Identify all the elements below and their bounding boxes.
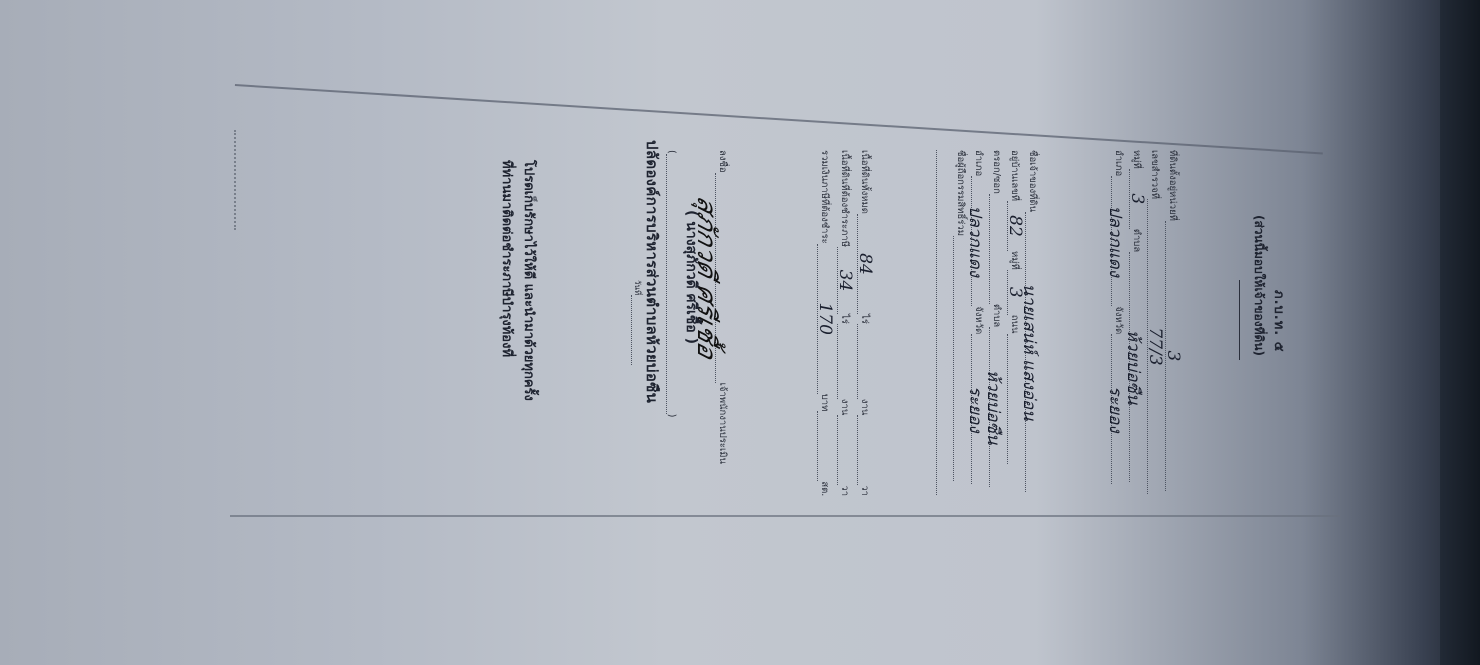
tax-receipt-form: ภ.บ.ท. ๕ (ส่วนนี้มอบให้เจ้าของที่ดิน) ที…: [250, 140, 1290, 510]
owner-tambon-value: ห้วยบ่อซืน: [983, 370, 1003, 445]
land-moo-tambon-row: หมู่ที่3ตำบลห้วยบ่อซืน: [1129, 150, 1144, 510]
date-row: วันที่: [631, 280, 644, 510]
form-subtitle: (ส่วนนี้มอบให้เจ้าของที่ดิน): [1249, 215, 1268, 510]
survey-no-row: เลขสำรวจที่77/3: [1147, 150, 1162, 510]
owner-soi-label: ตรอก/ซอก: [991, 150, 1002, 194]
owner-house-no-value: 82: [1005, 215, 1025, 237]
tax-amount-row: รวมเงินภาษีที่ต้องชำระ170บาทสต.: [817, 150, 832, 510]
land-unit-row: ที่ดินตั้งอยู่หน่วยที่3: [1165, 150, 1180, 510]
owner-soi-tambon-row: ตรอก/ซอกตำบลห้วยบ่อซืน: [989, 150, 1004, 510]
owner-moo-label: หมู่ที่: [1009, 251, 1020, 270]
signature-row: ลงชื่อสุภักวดี ศรีเชื้อเจ้าพนักงานประเมิ…: [715, 150, 730, 510]
owner-road-label: ถนน: [1009, 315, 1020, 334]
owner-amphoe-value: ปลวกแดง: [965, 206, 985, 277]
background-dark-edge: [1440, 0, 1480, 665]
owner-address-row: อยู่บ้านเลขที่82หมู่ที่3ถนน: [1007, 150, 1022, 510]
total-area-rai-value: 84: [855, 253, 875, 275]
rai-unit: ไร่: [839, 314, 850, 324]
taxable-area-rai-value: 34: [835, 270, 855, 292]
owner-name-row: ชื่อเจ้าของที่ดินนายเสน่ห์ แสงอ่อน: [1025, 150, 1040, 510]
rai-unit: ไร่: [859, 314, 870, 324]
form-code-text: ภ.บ.ท. ๕: [1271, 290, 1286, 353]
notice-line-1: โปรดเก็บรักษาไว้ให้ดี และนำมาด้วยทุกครั้…: [519, 160, 540, 510]
title-underline: [1239, 280, 1240, 360]
land-moo-label: หมู่ที่: [1131, 150, 1142, 169]
land-amphoe-label: อำเภอ: [1113, 150, 1124, 176]
taxable-area-row: เนื้อที่ดินที่ต้องชำระภาษี34ไร่งานวา: [837, 150, 852, 510]
form-subtitle-text: (ส่วนนี้มอบให้เจ้าของที่ดิน): [1252, 215, 1266, 356]
land-province-label: จังหวัด: [1113, 306, 1124, 334]
owner-province-label: จังหวัด: [973, 306, 984, 334]
paper-fold-line-bottom: [230, 515, 1340, 517]
co-owner-label: ชื่อผู้ถือกรรมสิทธิ์ร่วม: [955, 150, 966, 236]
wa-unit: วา: [839, 485, 850, 496]
owner-name-value: นายเสน่ห์ แสงอ่อน: [1019, 283, 1039, 420]
assessor-position: ปลัดองค์การบริหารส่วนตำบลห้วยบ่อซืน: [643, 140, 661, 403]
satang-unit: สต.: [819, 481, 830, 496]
land-tambon-value: ห้วยบ่อซืน: [1123, 330, 1143, 405]
sign-label: ลงชื่อ: [717, 150, 728, 173]
land-unit-label: ที่ดินตั้งอยู่หน่วยที่: [1167, 150, 1178, 221]
land-tambon-label: ตำบล: [1131, 229, 1142, 252]
co-owner-row-2: [936, 150, 948, 510]
form-code: ภ.บ.ท. ๕: [1269, 290, 1290, 510]
total-area-row: เนื้อที่ดินทั้งหมด84ไร่งานวา: [857, 150, 872, 510]
owner-province-value: ระยอง: [965, 386, 985, 433]
land-moo-value: 3: [1127, 193, 1147, 204]
tax-amount-value: 170: [815, 302, 835, 334]
tax-amount-label: รวมเงินภาษีที่ต้องชำระ: [819, 150, 830, 244]
ngan-unit: งาน: [859, 399, 870, 415]
owner-amphoe-province-row: อำเภอปลวกแดงจังหวัดระยอง: [971, 150, 986, 510]
land-province-value: ระยอง: [1105, 386, 1125, 433]
date-bracket-row: (): [666, 150, 678, 510]
taxable-area-label: เนื้อที่ดินที่ต้องชำระภาษี: [839, 150, 850, 247]
baht-unit: บาท: [819, 394, 830, 412]
paper-perforation: [234, 130, 238, 230]
printed-name-row: ( นางสุภักวดี ศรีเชื้อ ): [680, 210, 702, 510]
wa-unit: วา: [859, 485, 870, 496]
survey-no-label: เลขสำรวจที่: [1149, 150, 1160, 199]
land-unit-value: 3: [1163, 351, 1183, 362]
co-owner-row: ชื่อผู้ถือกรรมสิทธิ์ร่วม: [953, 150, 968, 510]
owner-name-label: ชื่อเจ้าของที่ดิน: [1027, 150, 1038, 212]
owner-amphoe-label: อำเภอ: [973, 150, 984, 176]
land-amphoe-province-row: อำเภอปลวกแดงจังหวัดระยอง: [1111, 150, 1126, 510]
assessor-printed-name: ( นางสุภักวดี ศรีเชื้อ ): [683, 210, 699, 344]
land-amphoe-value: ปลวกแดง: [1105, 206, 1125, 277]
notice-line-2: ที่ท่านมาติดต่อชำระภาษีบำรุงท้องที่: [497, 160, 518, 510]
date-label: วันที่: [633, 280, 642, 295]
owner-tambon-label: ตำบล: [991, 304, 1002, 327]
notice-text-2: ที่ท่านมาติดต่อชำระภาษีบำรุงท้องที่: [499, 160, 514, 357]
notice-text-1: โปรดเก็บรักษาไว้ให้ดี และนำมาด้วยทุกครั้…: [521, 160, 536, 401]
owner-house-no-label: อยู่บ้านเลขที่: [1009, 150, 1020, 201]
owner-moo-value: 3: [1005, 287, 1025, 298]
survey-no-value: 77/3: [1145, 327, 1165, 365]
ngan-unit: งาน: [839, 399, 850, 415]
total-area-label: เนื้อที่ดินทั้งหมด: [859, 150, 870, 214]
assessor-role-label: เจ้าพนักงานประเมิน: [717, 383, 728, 464]
